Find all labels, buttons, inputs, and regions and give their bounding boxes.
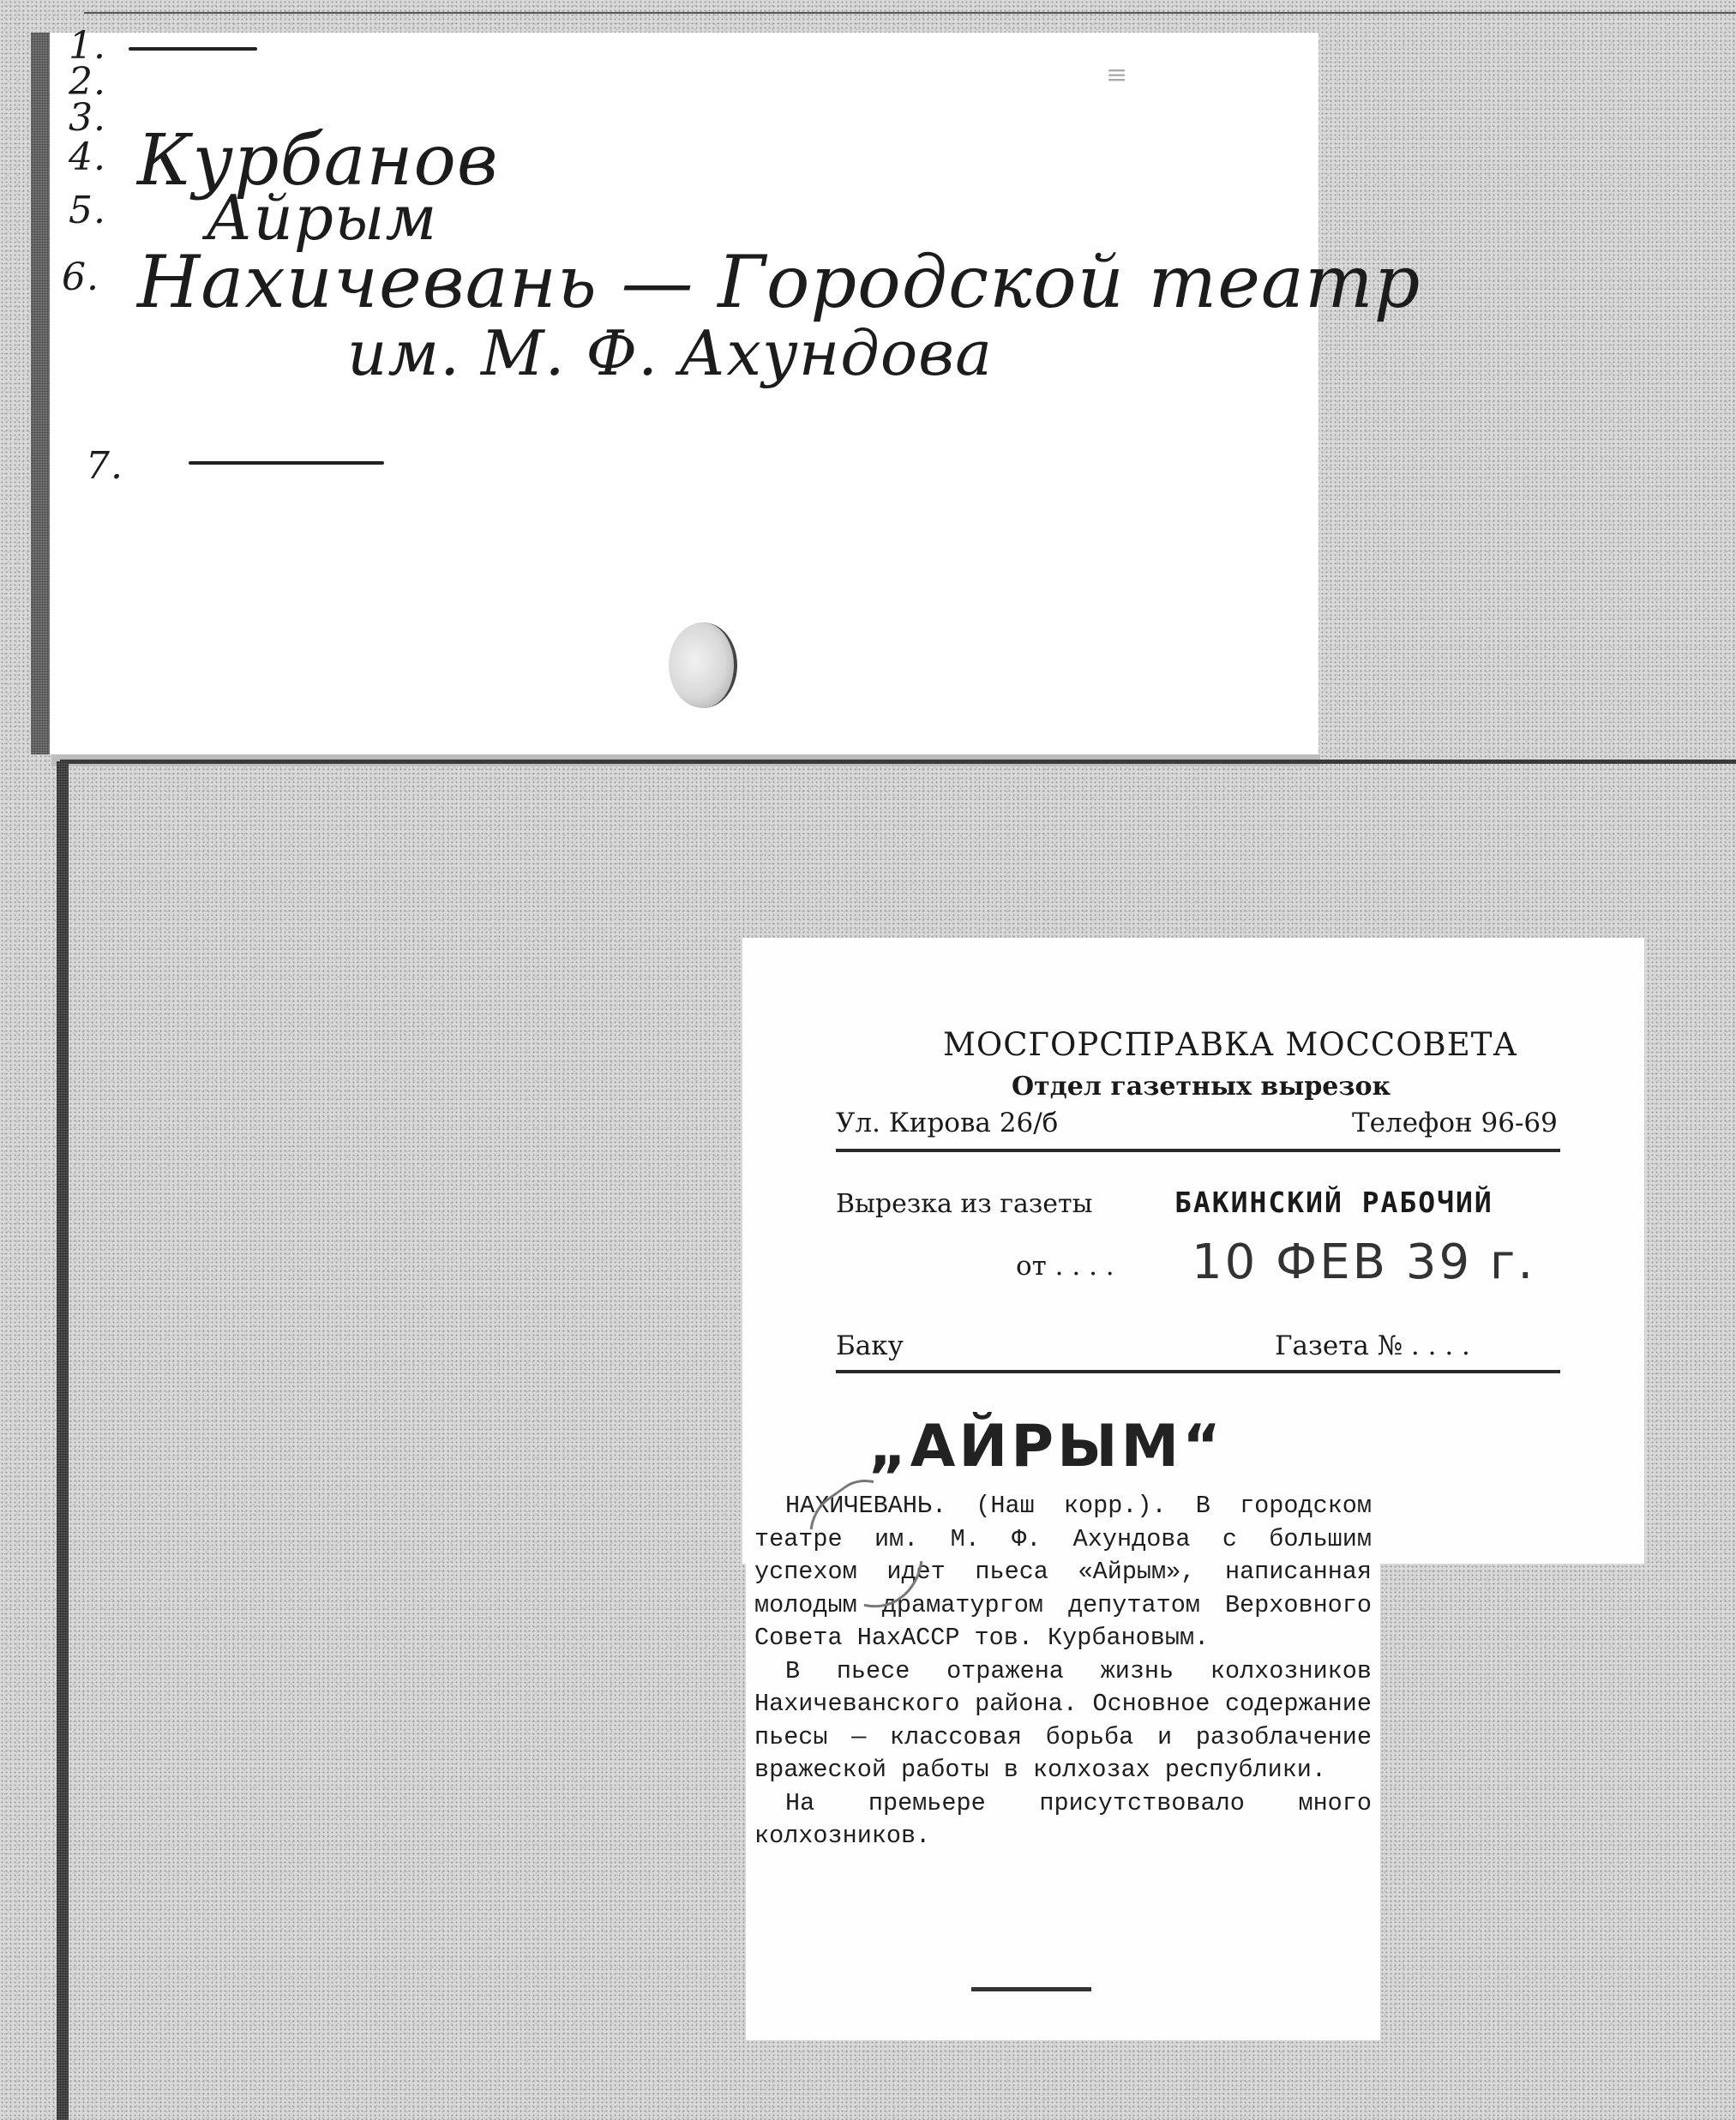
card-line-number-6: 6. [62, 255, 99, 299]
slip-department: Отдел газетных вырезок [1012, 1072, 1391, 1102]
slip-rule-top [836, 1149, 1560, 1152]
card-line-number-4: 4. [69, 135, 106, 179]
card-line-number-5: 5. [69, 189, 106, 232]
backing-sheet-top-edge [60, 760, 1736, 764]
card-theatre-name: им. М. Ф. Ахундова [347, 317, 993, 389]
slip-newspaper-name: БАКИНСКИЙ РАБОЧИЙ [1174, 1186, 1493, 1219]
article-paragraph: На премьере присутствовало много колхозн… [754, 1787, 1372, 1853]
card-punch-hole [669, 622, 737, 708]
card-corner-mark: ≡ [1106, 60, 1127, 90]
article-paragraph: В пьесе отражена жизнь колхозников Нахич… [754, 1655, 1372, 1787]
slip-cut-from-label: Вырезка из газеты [836, 1189, 1093, 1219]
backing-sheet-top-strip [84, 0, 1736, 14]
slip-rule-bottom [836, 1370, 1560, 1373]
card-line-7-dash [189, 461, 384, 465]
article-title: „АЙРЫМ“ [868, 1413, 1224, 1480]
slip-date-stamp: 10 ФЕВ 39 г. [1192, 1234, 1535, 1290]
slip-from-label: от . . . . [1016, 1251, 1114, 1282]
slip-address: Ул. Кирова 26/б [836, 1108, 1058, 1138]
slip-issue-number: Газета № . . . . [1275, 1330, 1470, 1361]
index-card-edge [31, 33, 50, 754]
card-line-number-3: 3. [69, 96, 106, 140]
card-place: Нахичевань — Городской театр [137, 240, 1421, 324]
article-end-rule [971, 1987, 1091, 1991]
backing-sheet-left-edge [57, 761, 69, 2120]
slip-organization: МОСГОРСПРАВКА МОССОВЕТА [943, 1026, 1517, 1063]
slip-phone: Телефон 96-69 [1352, 1108, 1558, 1138]
card-line-1-dash [129, 47, 257, 51]
slip-city: Баку [836, 1330, 904, 1361]
card-line-number-7: 7. [86, 444, 123, 488]
